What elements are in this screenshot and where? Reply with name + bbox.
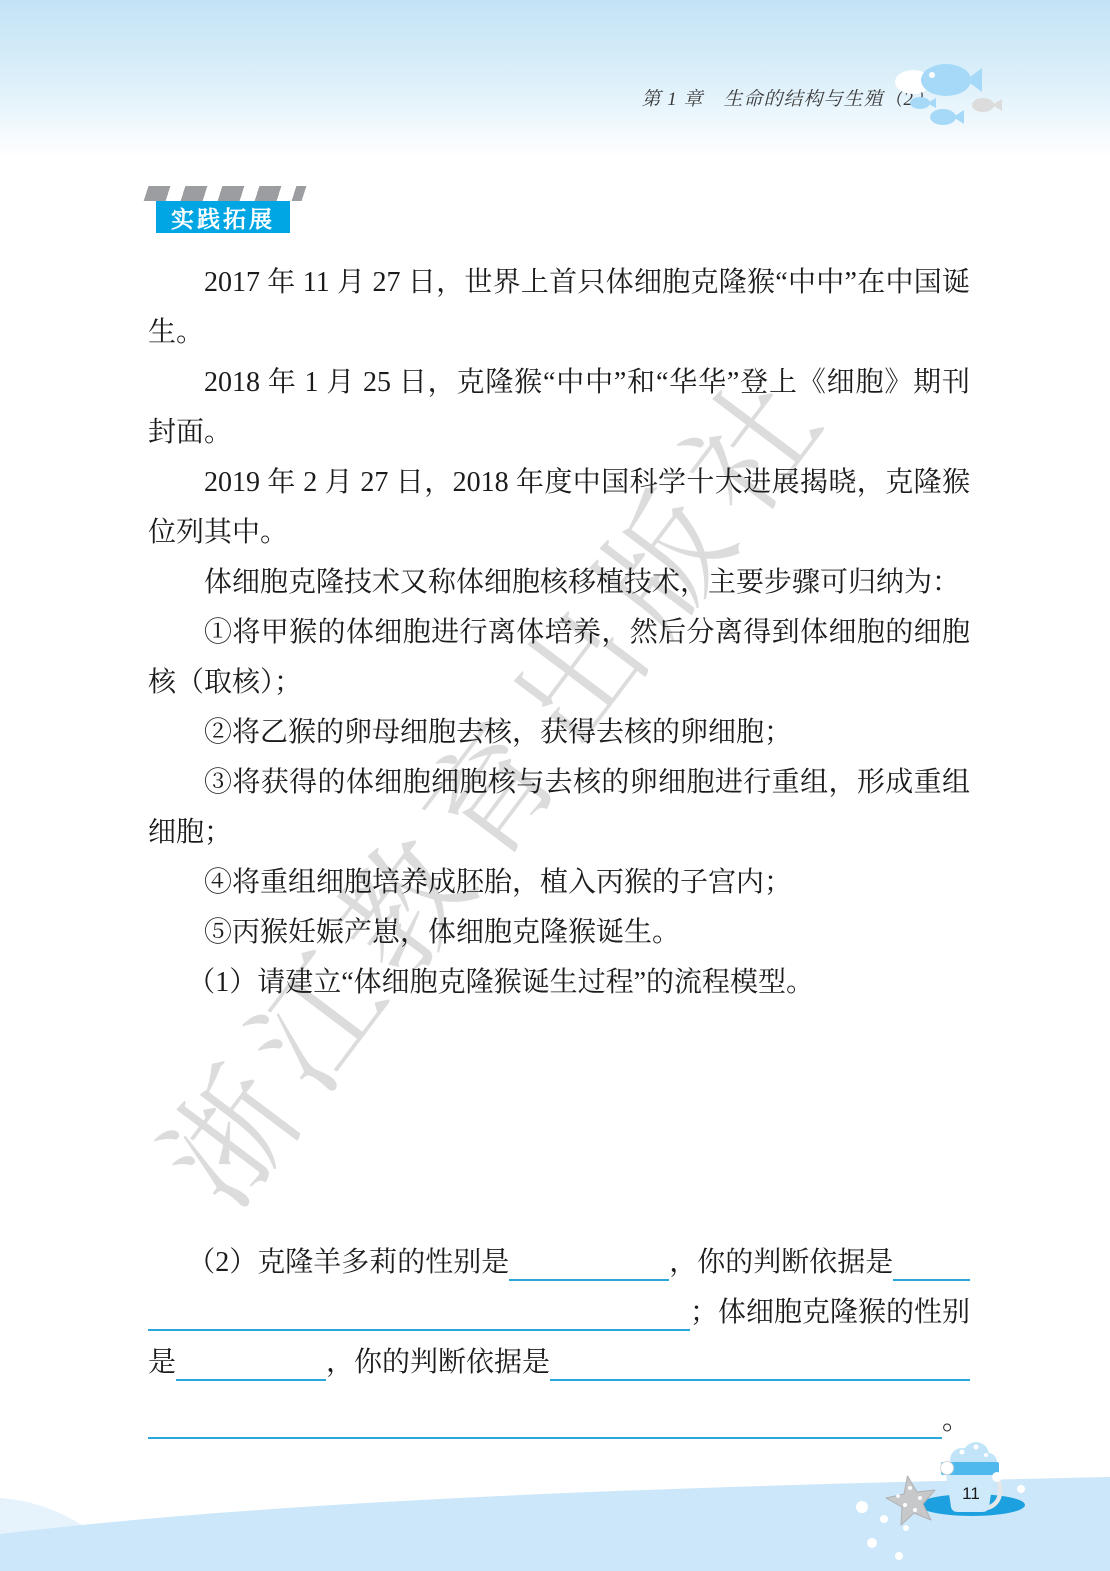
main-content: 2017 年 11 月 27 日，世界上首只体细胞克隆猴“中中”在中国诞生。 2… bbox=[148, 258, 970, 1446]
gray-fish-icon bbox=[972, 98, 1002, 112]
badge-label: 实践拓展 bbox=[171, 201, 275, 234]
question-2-text: ；体细胞克隆猴的性别 bbox=[690, 1288, 970, 1338]
awning-icon bbox=[144, 186, 307, 201]
question-2-text: ，你的判断依据是 bbox=[669, 1238, 893, 1288]
step-3: ③将获得的体细胞细胞核与去核的卵细胞进行重组，形成重组细胞； bbox=[148, 758, 970, 858]
bottom-decoration: 11 bbox=[0, 1430, 1110, 1571]
big-blue-fish-icon bbox=[921, 64, 982, 96]
page-number: 11 bbox=[962, 1484, 980, 1503]
answer-blank bbox=[550, 1349, 970, 1381]
question-1: （1）请建立“体细胞克隆猴诞生过程”的流程模型。 bbox=[148, 958, 970, 1008]
question-2-text: 是 bbox=[148, 1338, 176, 1388]
paragraph-intro: 体细胞克隆技术又称体细胞核移植技术，主要步骤可归纳为： bbox=[148, 558, 970, 608]
answer-blank bbox=[176, 1349, 326, 1381]
question-2-text: ，你的判断依据是 bbox=[326, 1338, 550, 1388]
section-badge: 实践拓展 bbox=[148, 186, 304, 233]
question-2-text: （2）克隆羊多莉的性别是 bbox=[187, 1238, 509, 1288]
step-4: ④将重组细胞培养成胚胎，植入丙猴的子宫内； bbox=[148, 858, 970, 908]
step-5: ⑤丙猴妊娠产崽，体细胞克隆猴诞生。 bbox=[148, 908, 970, 958]
question-2-row-2: ；体细胞克隆猴的性别 bbox=[148, 1288, 970, 1338]
flow-model-drawing-space bbox=[148, 1008, 970, 1238]
question-2-row-4: 。 bbox=[148, 1396, 970, 1446]
wave-shape bbox=[0, 1477, 1110, 1571]
answer-blank bbox=[148, 1299, 690, 1331]
question-2-row-1: （2）克隆羊多莉的性别是 ，你的判断依据是 bbox=[148, 1238, 970, 1288]
paragraph-2018: 2018 年 1 月 25 日，克隆猴“中中”和“华华”登上《细胞》期刊封面。 bbox=[148, 358, 970, 458]
badge-box: 实践拓展 bbox=[156, 201, 290, 233]
answer-blank bbox=[148, 1407, 942, 1439]
answer-blank bbox=[893, 1249, 970, 1281]
textbook-page: 浙江教育出版社 第 1 章 生命的结构与生殖（2） 实 bbox=[0, 0, 1110, 1571]
paragraph-2017: 2017 年 11 月 27 日，世界上首只体细胞克隆猴“中中”在中国诞生。 bbox=[148, 258, 970, 358]
paragraph-2019: 2019 年 2 月 27 日，2018 年度中国科学十大进展揭晓，克隆猴位列其… bbox=[148, 458, 970, 558]
step-1: ①将甲猴的体细胞进行离体培养，然后分离得到体细胞的细胞核（取核）； bbox=[148, 608, 970, 708]
answer-blank bbox=[509, 1249, 669, 1281]
step-2: ②将乙猴的卵母细胞去核，获得去核的卵细胞； bbox=[148, 708, 970, 758]
question-2-row-3: 是 ，你的判断依据是 bbox=[148, 1338, 970, 1388]
fish-decoration-icon bbox=[880, 55, 1110, 185]
small-blue-fish-icon bbox=[930, 109, 964, 125]
question-2-period: 。 bbox=[942, 1396, 970, 1446]
tiny-blue-fish-icon bbox=[910, 97, 936, 109]
